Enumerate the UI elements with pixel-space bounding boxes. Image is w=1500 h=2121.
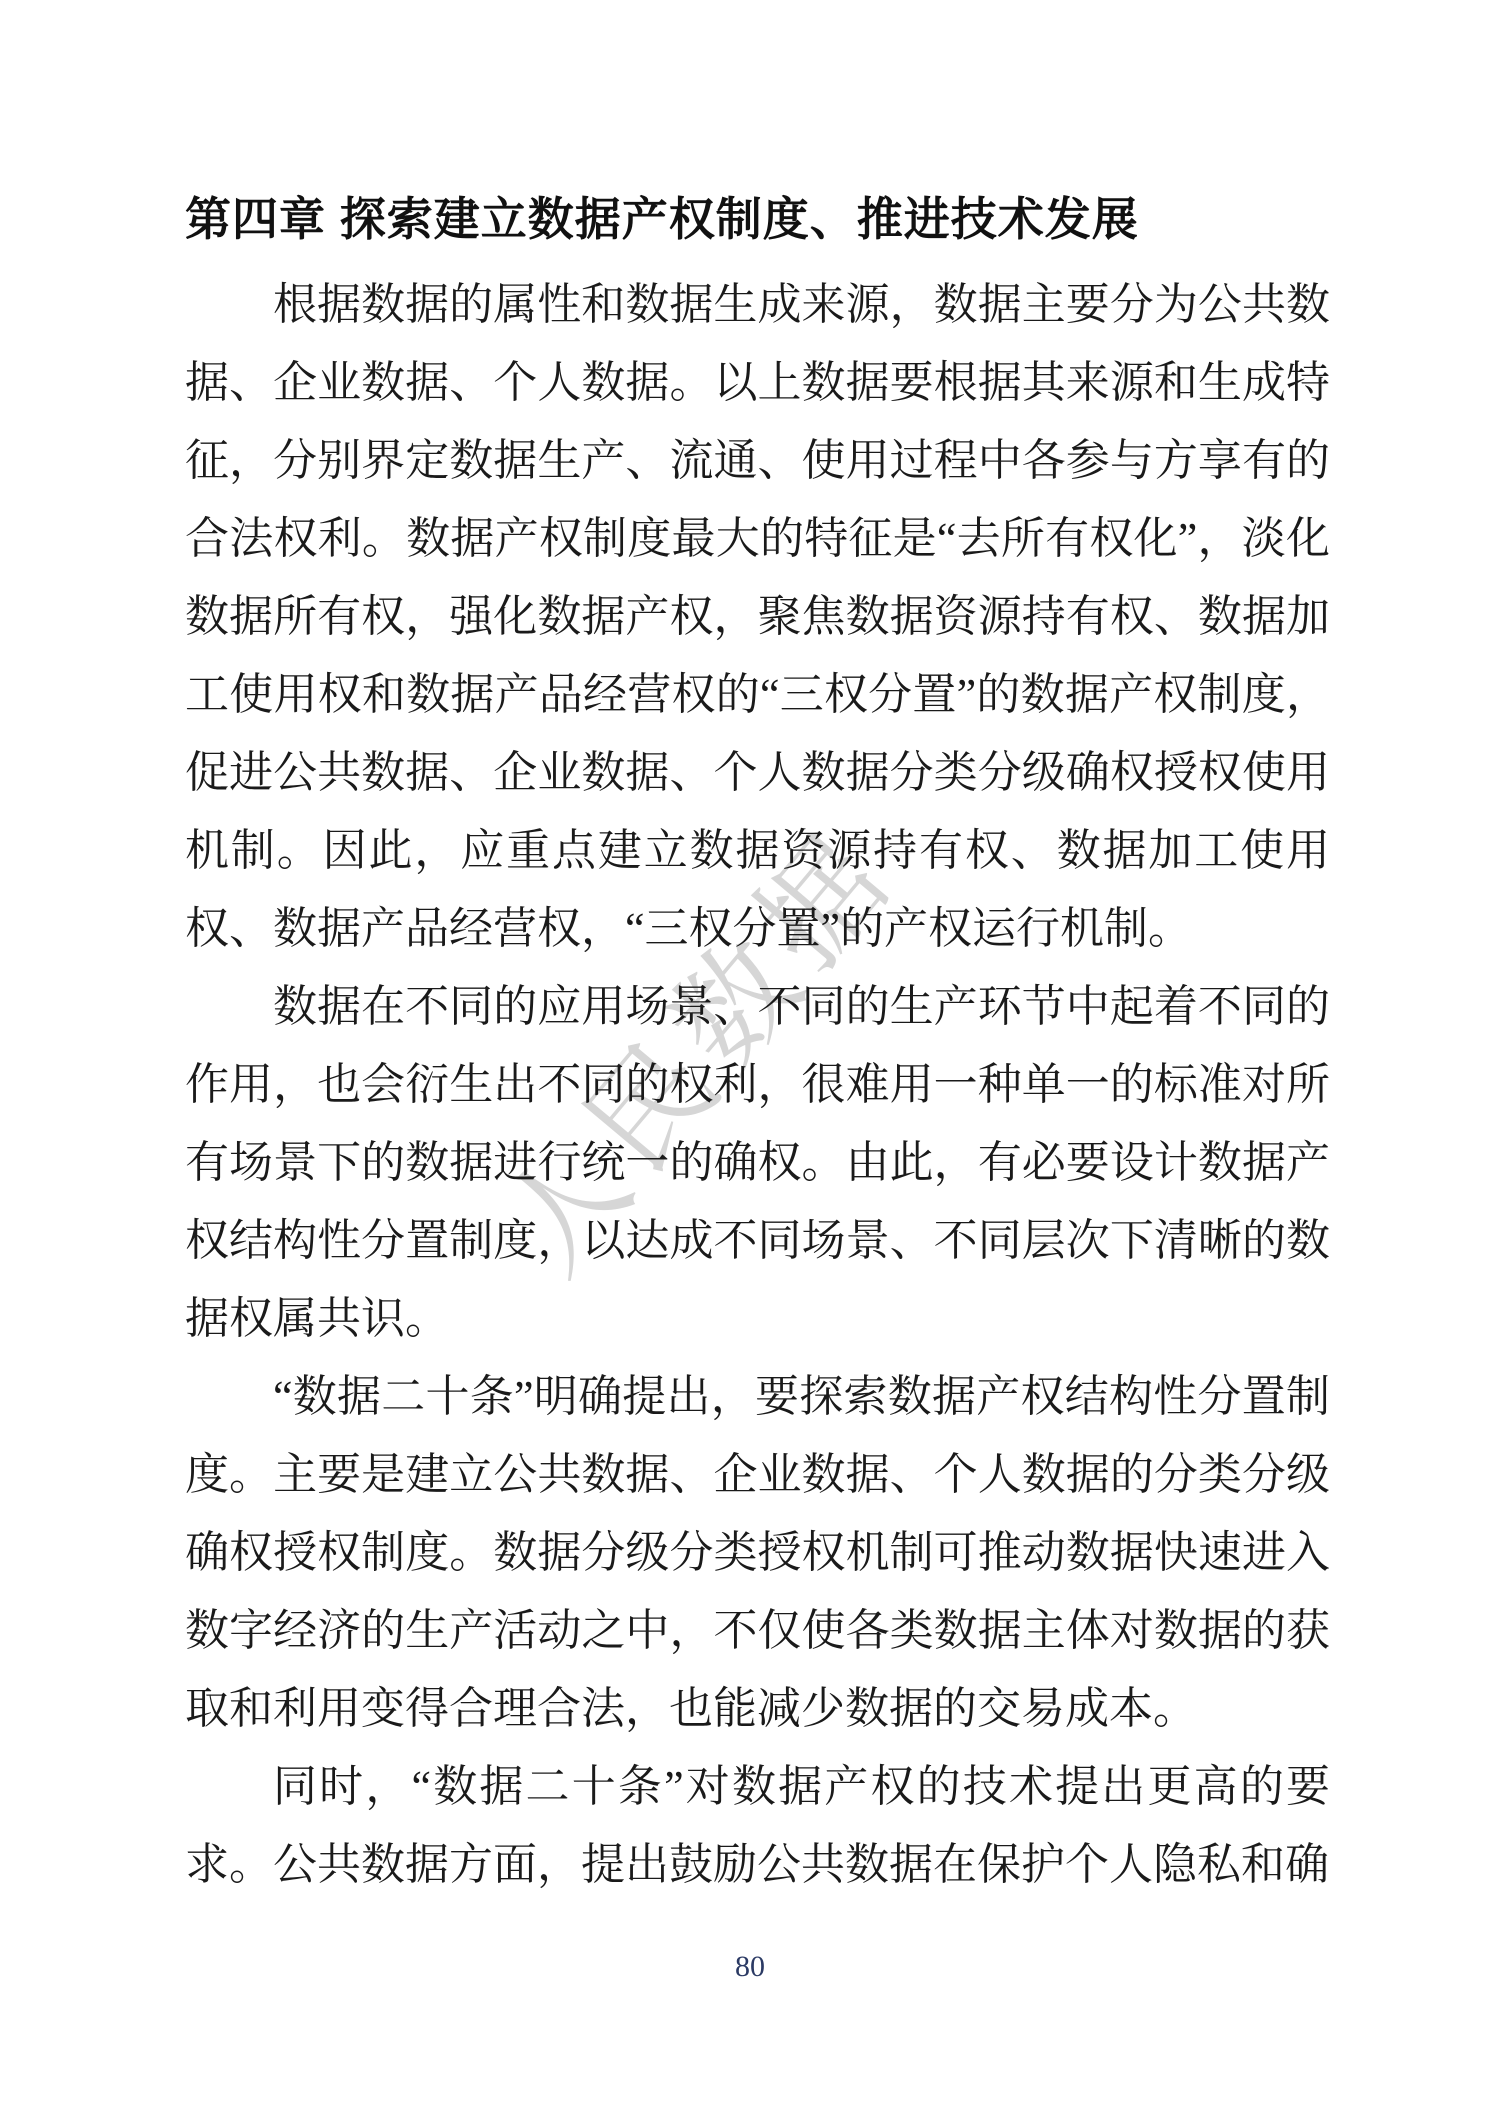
body-paragraph: “数据二十条”明确提出，要探索数据产权结构性分置制度。主要是建立公共数据、企业数… <box>185 1358 1330 1748</box>
chapter-title: 第四章 探索建立数据产权制度、推进技术发展 <box>185 192 1330 246</box>
paragraph-block: 根据数据的属性和数据生成来源，数据主要分为公共数据、企业数据、个人数据。以上数据… <box>185 266 1330 1904</box>
document-page: 人民数据 第四章 探索建立数据产权制度、推进技术发展 根据数据的属性和数据生成来… <box>0 0 1500 2121</box>
document-body: 第四章 探索建立数据产权制度、推进技术发展 根据数据的属性和数据生成来源，数据主… <box>185 192 1330 1904</box>
body-paragraph: 根据数据的属性和数据生成来源，数据主要分为公共数据、企业数据、个人数据。以上数据… <box>185 266 1330 968</box>
body-paragraph: 数据在不同的应用场景、不同的生产环节中起着不同的作用，也会衍生出不同的权利，很难… <box>185 968 1330 1358</box>
body-paragraph: 同时，“数据二十条”对数据产权的技术提出更高的要求。公共数据方面，提出鼓励公共数… <box>185 1748 1330 1904</box>
page-number: 80 <box>0 1950 1500 1984</box>
